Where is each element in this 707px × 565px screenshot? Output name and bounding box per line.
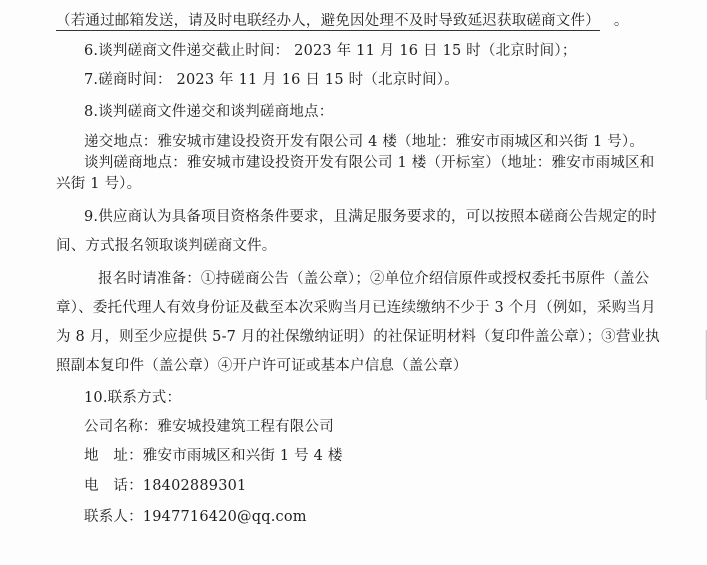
prep-line1: 报名时请准备：①持磋商公告（盖公章）；②单位介绍信原件或授权委托书原件（盖公 [98,270,649,288]
item-10-heading: 10.联系方式： [84,389,181,407]
item-6-deadline: 6.谈判磋商文件递交截止时间： 2023 年 11 月 16 日 15 时（北京… [84,42,577,60]
email-note-text: （若通过邮箱发送，请及时电联经办人，避免因处理不及时导致延迟获取磋商文件） [56,13,600,31]
prep-line2: 章）、委托代理人有效身份证及截至本次采购当月已连续缴纳不少于 3 个月（例如，采… [56,299,656,317]
contact-address: 地 址：雅安市雨城区和兴街 1 号 4 楼 [84,447,343,465]
item-9-line1: 9.供应商认为具备项目资格条件要求，且满足服务要求的，可以按照本磋商公告规定的时 [84,208,657,226]
submit-location: 递交地点：雅安城市建设投资开发有限公司 4 楼（地址：雅安市雨城区和兴街 1 号… [84,133,644,151]
contact-phone: 电 话：18402889301 [84,477,246,495]
prep-line3: 为 8 月，则至少应提供 5-7 月的社保缴纳证明）的社保证明材料（复印件盖公章… [56,328,660,346]
negotiation-location-line1: 谈判磋商地点：雅安城市建设投资开发有限公司 1 楼（开标室）（地址：雅安市雨城区… [84,154,654,172]
item-9-line2: 间、方式报名领取谈判磋商文件。 [56,237,277,255]
negotiation-location-line2: 兴街 1 号）。 [56,175,141,193]
email-note-end: 。 [614,13,629,29]
item-6-label: 6.谈判磋商文件递交截止时间： [84,43,289,59]
contact-company: 公司名称：雅安城投建筑工程有限公司 [84,418,334,436]
item-7-label: 7.磋商时间： [84,72,172,88]
prep-line4: 照副本复印件（盖公章）④开户许可证或基本户信息（盖公章） [56,357,468,375]
item-7-time: 7.磋商时间： 2023 年 11 月 16 日 15 时（北京时间）。 [84,71,459,89]
item-8-heading: 8.谈判磋商文件递交和谈判磋商地点： [84,103,333,121]
email-note-line: （若通过邮箱发送，请及时电联经办人，避免因处理不及时导致延迟获取磋商文件）。 [56,12,629,30]
item-6-value: 2023 年 11 月 16 日 15 时（北京时间）； [294,43,576,59]
item-7-value: 2023 年 11 月 16 日 15 时（北京时间）。 [177,72,459,88]
contact-email: 联系人：1947716420@qq.com [84,508,307,526]
